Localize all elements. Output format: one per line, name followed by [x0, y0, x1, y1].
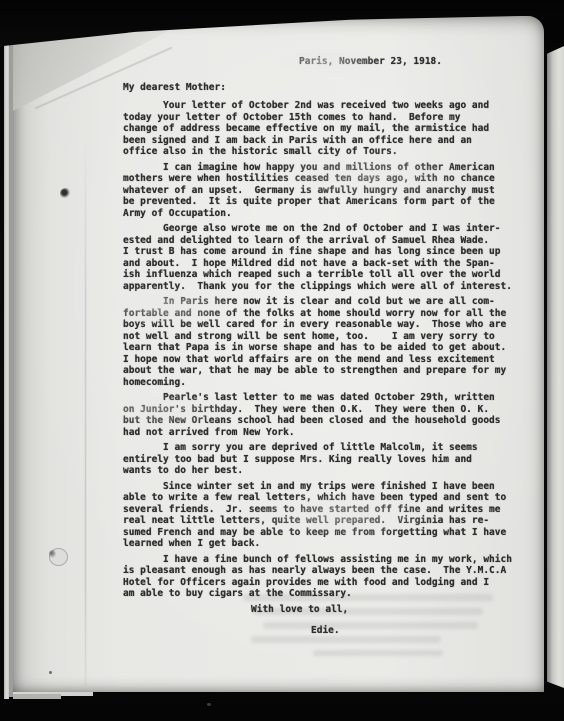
dust-speck	[207, 703, 211, 706]
letter-paragraph: In Paris here now it is clear and cold b…	[123, 296, 553, 388]
letter-paragraph: George also wrote me on the 2nd of Octob…	[123, 223, 553, 292]
letter-closing: With love to all,	[251, 604, 553, 616]
letter-paragraph: I can imagine how happy you and millions…	[123, 162, 553, 220]
dust-speck	[49, 671, 52, 674]
bleed-through-smudge	[251, 636, 441, 643]
letter-signature: Edie.	[311, 625, 553, 637]
letter-text: Paris, November 23, 1918. My dearest Mot…	[123, 56, 553, 637]
ring-stain-mark	[49, 548, 68, 566]
letter-paragraph: Since winter set in and my trips were fi…	[123, 481, 553, 550]
letter-paragraph: I am sorry you are deprived of little Ma…	[123, 442, 553, 477]
page-stack-corner	[13, 694, 61, 699]
letter-paragraph: Your letter of October 2nd was received …	[123, 100, 553, 158]
letter-dateline: Paris, November 23, 1918.	[299, 56, 553, 68]
paper-crease	[85, 136, 86, 686]
letter-sheet: Paris, November 23, 1918. My dearest Mot…	[13, 16, 544, 692]
ink-blot-mark	[60, 188, 71, 198]
letter-paragraph: Pearle's last letter to me was dated Oct…	[123, 392, 553, 438]
letter-salutation: My dearest Mother:	[123, 82, 553, 94]
bleed-through-smudge	[313, 650, 443, 656]
letter-paragraph: I have a fine bunch of fellows assisting…	[123, 554, 553, 600]
scanned-letter-page: Paris, November 23, 1918. My dearest Mot…	[0, 0, 564, 721]
